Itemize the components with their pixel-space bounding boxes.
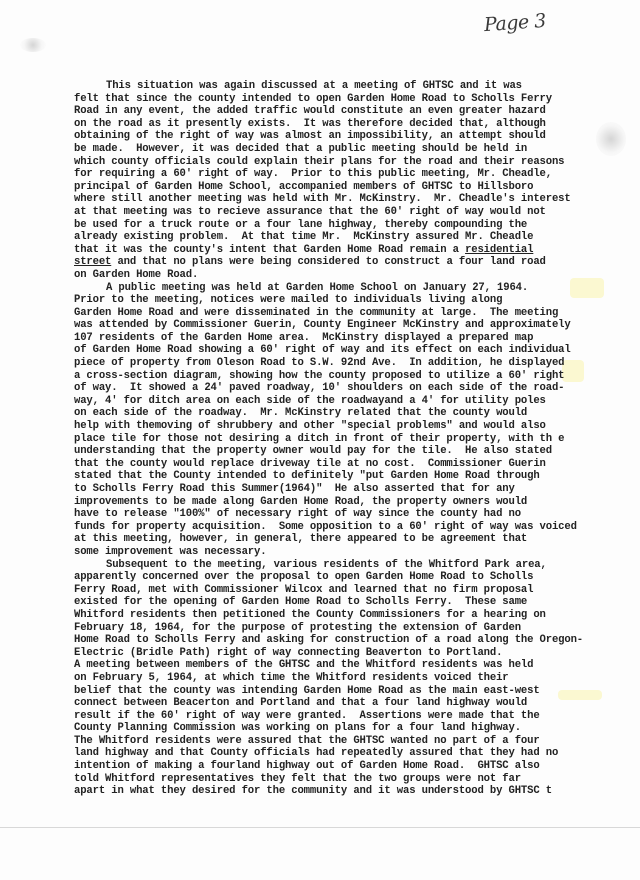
text-line: understanding that the property owner wo…: [74, 445, 634, 458]
text-line: apparently concerned over the proposal t…: [74, 571, 634, 584]
text-line: The Whitford residents were assured that…: [74, 735, 634, 748]
text-line: Electric (Bridle Path) right of way conn…: [74, 647, 634, 660]
text-line: on the road as it presently exists. It w…: [74, 118, 634, 131]
handwritten-page-number: Page 3: [483, 10, 546, 36]
text-line: told Whitford representatives they felt …: [74, 773, 634, 786]
text-line: on February 5, 1964, at which time the W…: [74, 672, 634, 685]
text-line: belief that the county was intending Gar…: [74, 685, 634, 698]
text-line: February 18, 1964, for the purpose of pr…: [74, 622, 634, 635]
text-line: This situation was again discussed at a …: [74, 80, 634, 93]
text-line: have to release "100%" of necessary righ…: [74, 508, 634, 521]
text-line: land highway and that County officials h…: [74, 747, 634, 760]
text-line: on each side of the roadway. Mr. McKinst…: [74, 407, 634, 420]
text-line: a cross-section diagram, showing how the…: [74, 370, 634, 383]
text-line: Home Road to Scholls Ferry and asking fo…: [74, 634, 634, 647]
document-page: Page 3 This situation was again discusse…: [0, 0, 640, 880]
text-line: already existing problem. At that time M…: [74, 231, 634, 244]
text-line: felt that since the county intended to o…: [74, 93, 634, 106]
text-line: for requiring a 60' right of way. Prior …: [74, 168, 634, 181]
text-line: A public meeting was held at Garden Home…: [74, 282, 634, 295]
text-line: at this meeting, however, in general, th…: [74, 533, 634, 546]
text-line: Road in any event, the added traffic wou…: [74, 105, 634, 118]
text-line: piece of property from Oleson Road to S.…: [74, 357, 634, 370]
text-line: that it was the county's intent that Gar…: [74, 244, 634, 257]
text-line: County Planning Commission was working o…: [74, 722, 634, 735]
text-line: A meeting between members of the GHTSC a…: [74, 659, 634, 672]
underlined-text: residential: [465, 244, 533, 256]
text-line: apart in what they desired for the commu…: [74, 785, 634, 798]
text-line: result if the 60' right of way were gran…: [74, 710, 634, 723]
text-line: principal of Garden Home School, accompa…: [74, 181, 634, 194]
underlined-text: street: [74, 256, 111, 268]
text-line: help with themoving of shrubbery and oth…: [74, 420, 634, 433]
typewritten-body: This situation was again discussed at a …: [74, 80, 634, 798]
text-line: intention of making a fourland highway o…: [74, 760, 634, 773]
text-line: to Scholls Ferry Road this Summer(1964)"…: [74, 483, 634, 496]
text-line: that the county would replace driveway t…: [74, 458, 634, 471]
text-line: Whitford residents then petitioned the C…: [74, 609, 634, 622]
text-line: where still another meeting was held wit…: [74, 193, 634, 206]
text-line: Subsequent to the meeting, various resid…: [74, 559, 634, 572]
text-line: place tile for those not desiring a ditc…: [74, 433, 634, 446]
text-segment: that it was the county's intent that Gar…: [74, 244, 465, 256]
text-line: 107 residents of the Garden Home area. M…: [74, 332, 634, 345]
text-line: of way. It showed a 24' paved roadway, 1…: [74, 382, 634, 395]
text-line: Ferry Road, met with Commissioner Wilcox…: [74, 584, 634, 597]
text-line: connect between Beacerton and Portland a…: [74, 697, 634, 710]
text-line: existed for the opening of Garden Home R…: [74, 596, 634, 609]
text-line: which county officials could explain the…: [74, 156, 634, 169]
text-segment: and that no plans were being considered …: [111, 256, 546, 268]
text-line: was attended by Commissioner Guerin, Cou…: [74, 319, 634, 332]
text-line: be used for a truck route or a four lane…: [74, 219, 634, 232]
text-line: be made. However, it was decided that a …: [74, 143, 634, 156]
text-line: obtaining of the right of way was almost…: [74, 130, 634, 143]
scan-speck: [20, 38, 46, 52]
text-line: street and that no plans were being cons…: [74, 256, 634, 269]
text-line: of Garden Home Road showing a 60' right …: [74, 344, 634, 357]
text-line: Garden Home Road and were disseminated i…: [74, 307, 634, 320]
text-line: way, 4' for ditch area on each side of t…: [74, 395, 634, 408]
text-line: some improvement was necessary.: [74, 546, 634, 559]
text-line: stated that the County intended to defin…: [74, 470, 634, 483]
scan-page-edge: [0, 827, 640, 828]
text-line: Prior to the meeting, notices were maile…: [74, 294, 634, 307]
text-line: funds for property acquisition. Some opp…: [74, 521, 634, 534]
text-line: improvements to be made along Garden Hom…: [74, 496, 634, 509]
text-line: on Garden Home Road.: [74, 269, 634, 282]
text-line: at that meeting was to recieve assurance…: [74, 206, 634, 219]
